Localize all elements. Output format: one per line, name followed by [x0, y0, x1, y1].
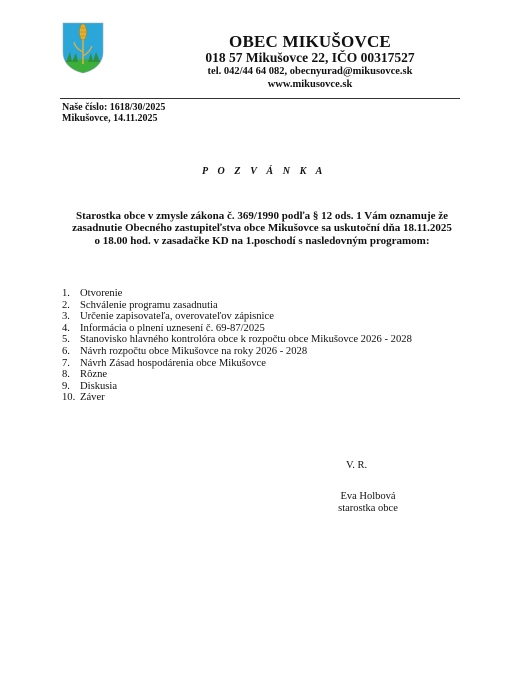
agenda-text: Rôzne [80, 369, 107, 380]
agenda-text: Návrh rozpočtu obce Mikušovce na roky 20… [80, 346, 307, 357]
vr-abbreviation: V. R. [346, 460, 367, 471]
municipality-website: www.mikusovce.sk [110, 79, 510, 90]
agenda-item: 2.Schválenie programu zasadnutia [62, 300, 412, 312]
agenda-item: 3.Určenie zapisovateľa, overovateľov záp… [62, 311, 412, 323]
agenda-text: Schválenie programu zasadnutia [80, 300, 218, 311]
municipality-address: 018 57 Mikušovce 22, IČO 00317527 [110, 50, 510, 66]
intro-line: zasadnutie Obecného zastupiteľstva obce … [62, 222, 462, 234]
agenda-item: 7.Návrh Zásad hospodárenia obce Mikušovc… [62, 358, 412, 370]
agenda-item: 10.Záver [62, 392, 412, 404]
header-divider [60, 98, 460, 99]
agenda-item: 9.Diskusia [62, 381, 412, 393]
place-date: Mikušovce, 14.11.2025 [62, 113, 158, 124]
agenda-text: Záver [80, 392, 105, 403]
agenda-item: 5.Stanovisko hlavného kontrolóra obce k … [62, 334, 412, 346]
municipality-contact: tel. 042/44 64 082, obecnyurad@mikusovce… [110, 66, 510, 77]
agenda-number: 10. [62, 392, 80, 404]
intro-line: o 18.00 hod. v zasadačke KD na 1.poschod… [62, 235, 462, 247]
signatory-role: starostka obce [326, 503, 410, 514]
agenda-text: Stanovisko hlavného kontrolóra obce k ro… [80, 334, 412, 345]
agenda-item: 4.Informácia o plnení uznesení č. 69-87/… [62, 323, 412, 335]
agenda-text: Určenie zapisovateľa, overovateľov zápis… [80, 311, 274, 322]
agenda-list: 1.Otvorenie 2.Schválenie programu zasadn… [62, 288, 412, 404]
municipality-name: OBEC MIKUŠOVCE [110, 32, 510, 52]
intro-line: Starostka obce v zmysle zákona č. 369/19… [62, 210, 462, 222]
agenda-text: Informácia o plnení uznesení č. 69-87/20… [80, 323, 265, 334]
agenda-item: 8.Rôzne [62, 369, 412, 381]
agenda-text: Návrh Zásad hospodárenia obce Mikušovce [80, 358, 266, 369]
agenda-number: 1. [62, 288, 80, 300]
agenda-text: Otvorenie [80, 288, 122, 299]
document-heading: P O Z V Á N K A [0, 166, 520, 177]
agenda-number: 4. [62, 323, 80, 335]
coat-of-arms-icon [62, 22, 104, 74]
agenda-number: 6. [62, 346, 80, 358]
document-page: OBEC MIKUŠOVCE 018 57 Mikušovce 22, IČO … [0, 0, 520, 680]
agenda-number: 9. [62, 381, 80, 393]
agenda-item: 1.Otvorenie [62, 288, 412, 300]
agenda-number: 3. [62, 311, 80, 323]
agenda-number: 2. [62, 300, 80, 312]
agenda-number: 7. [62, 358, 80, 370]
reference-number: Naše číslo: 1618/30/2025 [62, 102, 165, 113]
agenda-number: 5. [62, 334, 80, 346]
signatory-name: Eva Holbová [326, 491, 410, 502]
agenda-text: Diskusia [80, 381, 117, 392]
agenda-item: 6.Návrh rozpočtu obce Mikušovce na roky … [62, 346, 412, 358]
invitation-intro: Starostka obce v zmysle zákona č. 369/19… [62, 210, 462, 247]
agenda-number: 8. [62, 369, 80, 381]
